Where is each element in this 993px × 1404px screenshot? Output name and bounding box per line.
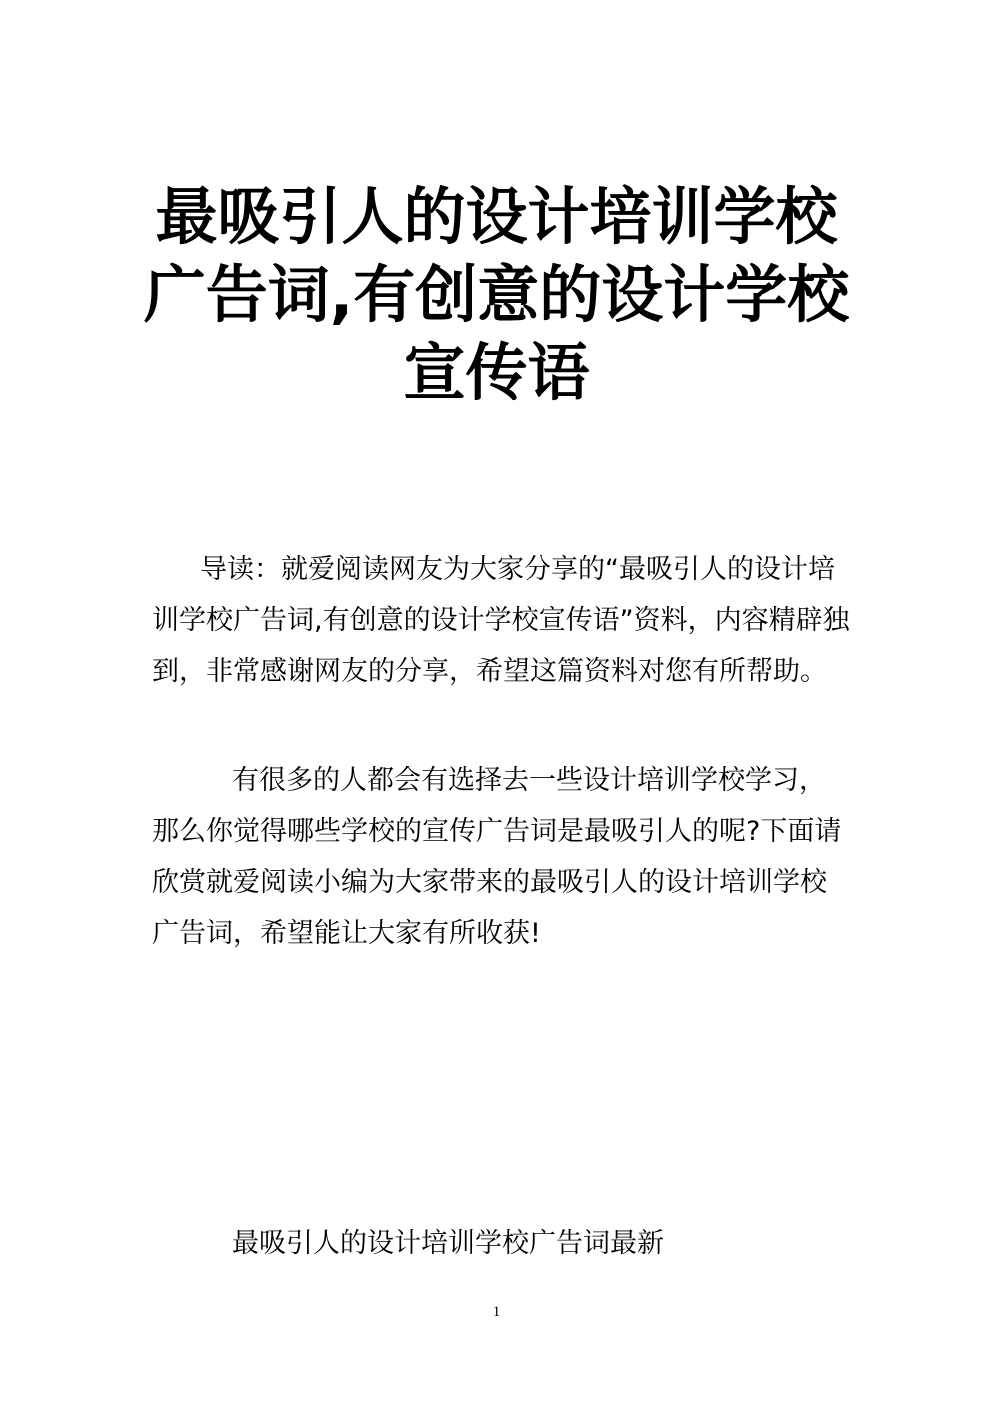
intro-paragraph: 导读：就爱阅读网友为大家分享的“最吸引人的设计培 训学校广告词,有创意的设计学校… xyxy=(152,544,842,697)
intro-line-3: 到，非常感谢网友的分享，希望这篇资料对您有所帮助。 xyxy=(152,646,842,697)
body-line-1: 有很多的人都会有选择去一些设计培训学校学习， xyxy=(152,755,842,806)
title-line-3: 宣传语 xyxy=(140,334,853,412)
body-line-3: 欣赏就爱阅读小编为大家带来的最吸引人的设计培训学校 xyxy=(152,857,842,908)
title-line-2: 广告词,有创意的设计学校 xyxy=(140,256,853,334)
page-number: 1 xyxy=(0,1302,993,1322)
intro-line-1: 导读：就爱阅读网友为大家分享的“最吸引人的设计培 xyxy=(152,544,842,595)
body-line-2: 那么你觉得哪些学校的宣传广告词是最吸引人的呢?下面请 xyxy=(152,806,842,857)
body-line-4: 广告词，希望能让大家有所收获! xyxy=(152,908,842,959)
body-paragraph: 有很多的人都会有选择去一些设计培训学校学习， 那么你觉得哪些学校的宣传广告词是最… xyxy=(152,755,842,959)
title-line-1: 最吸引人的设计培训学校 xyxy=(140,178,853,256)
section-subheading: 最吸引人的设计培训学校广告词最新 xyxy=(232,1224,664,1264)
document-page: 最吸引人的设计培训学校 广告词,有创意的设计学校 宣传语 导读：就爱阅读网友为大… xyxy=(0,0,993,1404)
intro-line-2: 训学校广告词,有创意的设计学校宣传语”资料，内容精辟独 xyxy=(152,595,842,646)
document-title: 最吸引人的设计培训学校 广告词,有创意的设计学校 宣传语 xyxy=(140,178,853,412)
